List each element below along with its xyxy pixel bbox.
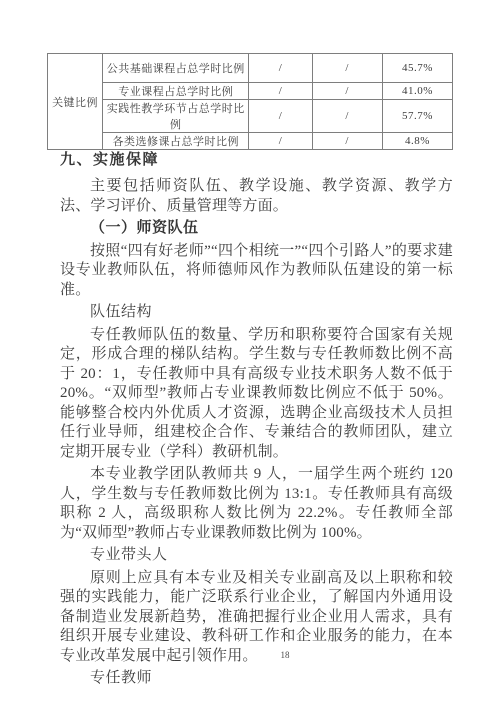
ratio-slot-cell: / xyxy=(249,133,312,150)
ratio-slot-cell: / xyxy=(312,83,382,100)
section-heading: 九、实施保障 xyxy=(60,150,453,170)
table-row: 实践性教学环节占总学时比例 / / 57.7% xyxy=(48,100,453,133)
fulltime-teacher-label: 专任教师 xyxy=(60,669,453,689)
ratio-value-cell: 41.0% xyxy=(382,83,452,100)
table-row: 关键比例 公共基础课程占总学时比例 / / 45.7% xyxy=(48,54,453,83)
ratio-slot-cell: / xyxy=(249,83,312,100)
key-ratio-table: 关键比例 公共基础课程占总学时比例 / / 45.7% 专业课程占总学时比例 /… xyxy=(47,53,453,150)
program-leader-label: 专业带头人 xyxy=(60,546,453,566)
page-number: 18 xyxy=(281,650,290,660)
ratio-slot-cell: / xyxy=(312,100,382,133)
ratio-value-cell: 45.7% xyxy=(382,54,452,83)
ratio-label-cell: 专业课程占总学时比例 xyxy=(103,83,249,100)
subsection-heading: （一）师资队伍 xyxy=(60,219,453,239)
row-group-header-cell: 关键比例 xyxy=(48,54,103,150)
ratio-slot-cell: / xyxy=(312,133,382,150)
key-ratio-table-wrap: 关键比例 公共基础课程占总学时比例 / / 45.7% 专业课程占总学时比例 /… xyxy=(47,53,453,150)
ratio-label-cell: 各类选修课占总学时比例 xyxy=(103,133,249,150)
document-body: 九、实施保障 主要包括师资队伍、教学设施、教学资源、教学方法、学习评价、质量管理… xyxy=(60,150,453,692)
ratio-slot-cell: / xyxy=(312,54,382,83)
intro-paragraph: 主要包括师资队伍、教学设施、教学资源、教学方法、学习评价、质量管理等方面。 xyxy=(60,177,453,216)
table-row: 专业课程占总学时比例 / / 41.0% xyxy=(48,83,453,100)
team-structure-label: 队伍结构 xyxy=(60,303,453,323)
teacher-standard-paragraph: 按照“四有好老师”“四个相统一”“四个引路人”的要求建设专业教师队伍，将师德师风… xyxy=(60,242,453,301)
ratio-slot-cell: / xyxy=(249,54,312,83)
program-leader-paragraph: 原则上应具有本专业及相关专业副高及以上职称和较强的实践能力，能广泛联系行业企业，… xyxy=(60,569,453,667)
ratio-slot-cell: / xyxy=(249,100,312,133)
ratio-value-cell: 57.7% xyxy=(382,100,452,133)
team-structure-paragraph-1: 专任教师队伍的数量、学历和职称要符合国家有关规定，形成合理的梯队结构。学生数与专… xyxy=(60,326,453,463)
ratio-value-cell: 4.8% xyxy=(382,133,452,150)
ratio-label-cell: 实践性教学环节占总学时比例 xyxy=(103,100,249,133)
ratio-label-cell: 公共基础课程占总学时比例 xyxy=(103,54,249,83)
team-structure-paragraph-2: 本专业教学团队教师共 9 人，一届学生两个班约 120 人，学生数与专任教师数比… xyxy=(60,465,453,543)
document-page: 关键比例 公共基础课程占总学时比例 / / 45.7% 专业课程占总学时比例 /… xyxy=(0,0,500,707)
table-row: 各类选修课占总学时比例 / / 4.8% xyxy=(48,133,453,150)
